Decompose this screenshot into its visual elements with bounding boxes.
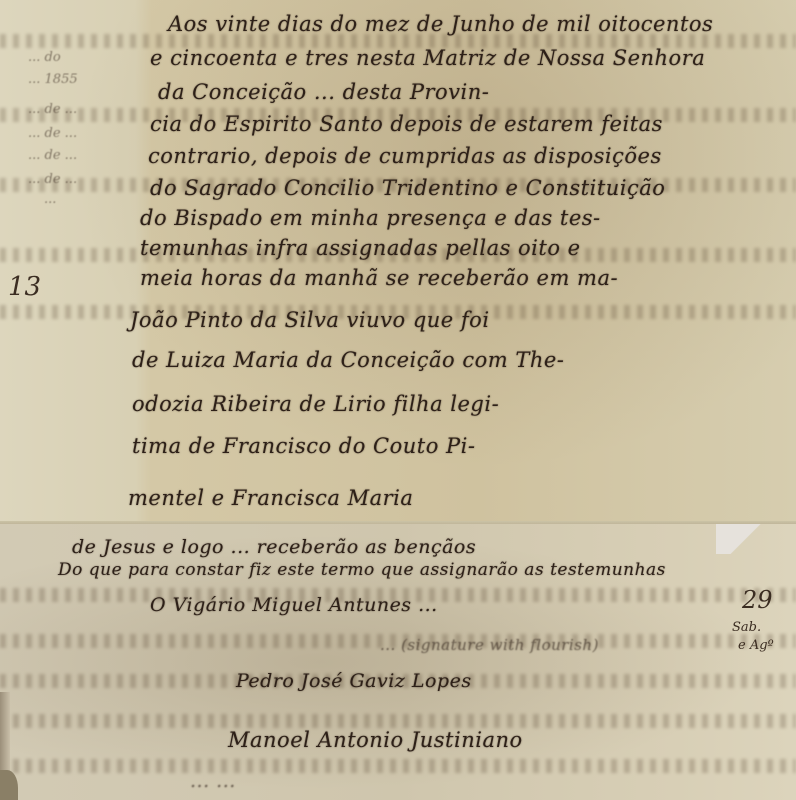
text-line: temunhas infra assignadas pellas oito e	[140, 236, 581, 260]
text-line: de Luiza Maria da Conceição com The-	[132, 348, 564, 372]
page-curl	[716, 524, 796, 554]
margin-date-note: e Agº	[738, 638, 774, 653]
upper-page-scan: ... do ... 1855 ... de ... ... de ... ..…	[0, 0, 796, 524]
margin-date-number: 29	[742, 586, 773, 614]
entry-number: 13	[8, 272, 41, 302]
signature-flourish: ... (signature with flourish)	[380, 636, 599, 654]
text-line: Do que para constar fiz este termo que a…	[58, 560, 666, 580]
text-line: Aos vinte dias do mez de Junho de mil oi…	[168, 12, 713, 36]
text-line: tima de Francisco do Couto Pi-	[132, 434, 476, 458]
text-line: do Sagrado Concilio Tridentino e Constit…	[150, 176, 665, 200]
text-line: ... ...	[190, 770, 236, 792]
text-line: João Pinto da Silva viuvo que foi	[130, 308, 490, 332]
margin-note: ... de ...	[28, 172, 77, 187]
text-line: do Bispado em minha presença e das tes-	[140, 206, 601, 230]
text-line: O Vigário Miguel Antunes ...	[150, 594, 438, 616]
text-line: de Jesus e logo ... receberão as bençãos	[72, 536, 476, 558]
margin-note: ... do	[28, 50, 61, 65]
margin-note: ... 1855	[28, 72, 78, 87]
text-line: odozia Ribeira de Lirio filha legi-	[132, 392, 499, 416]
margin-note: ... de ...	[28, 148, 77, 163]
margin-note: ... de ...	[28, 126, 77, 141]
text-line: e cincoenta e tres nesta Matriz de Nossa…	[150, 46, 705, 70]
text-line: contrario, depois de cumpridas as dispos…	[148, 144, 662, 168]
text-line: da Conceição ... desta Provin-	[158, 80, 489, 104]
margin-date-note: Sab.	[732, 620, 761, 635]
lower-page-scan: de Jesus e logo ... receberão as bençãos…	[0, 524, 796, 800]
signature-line: Manoel Antonio Justiniano	[228, 728, 523, 752]
ink-bleed	[0, 714, 796, 728]
margin-note: ... de ...	[28, 102, 77, 117]
text-line: cia do Espirito Santo depois de estarem …	[150, 112, 663, 136]
text-line: mentel e Francisca Maria	[128, 486, 413, 510]
signature-line: Pedro José Gaviz Lopes	[236, 670, 472, 692]
ink-bleed	[0, 759, 796, 773]
margin-note: ...	[44, 192, 56, 207]
